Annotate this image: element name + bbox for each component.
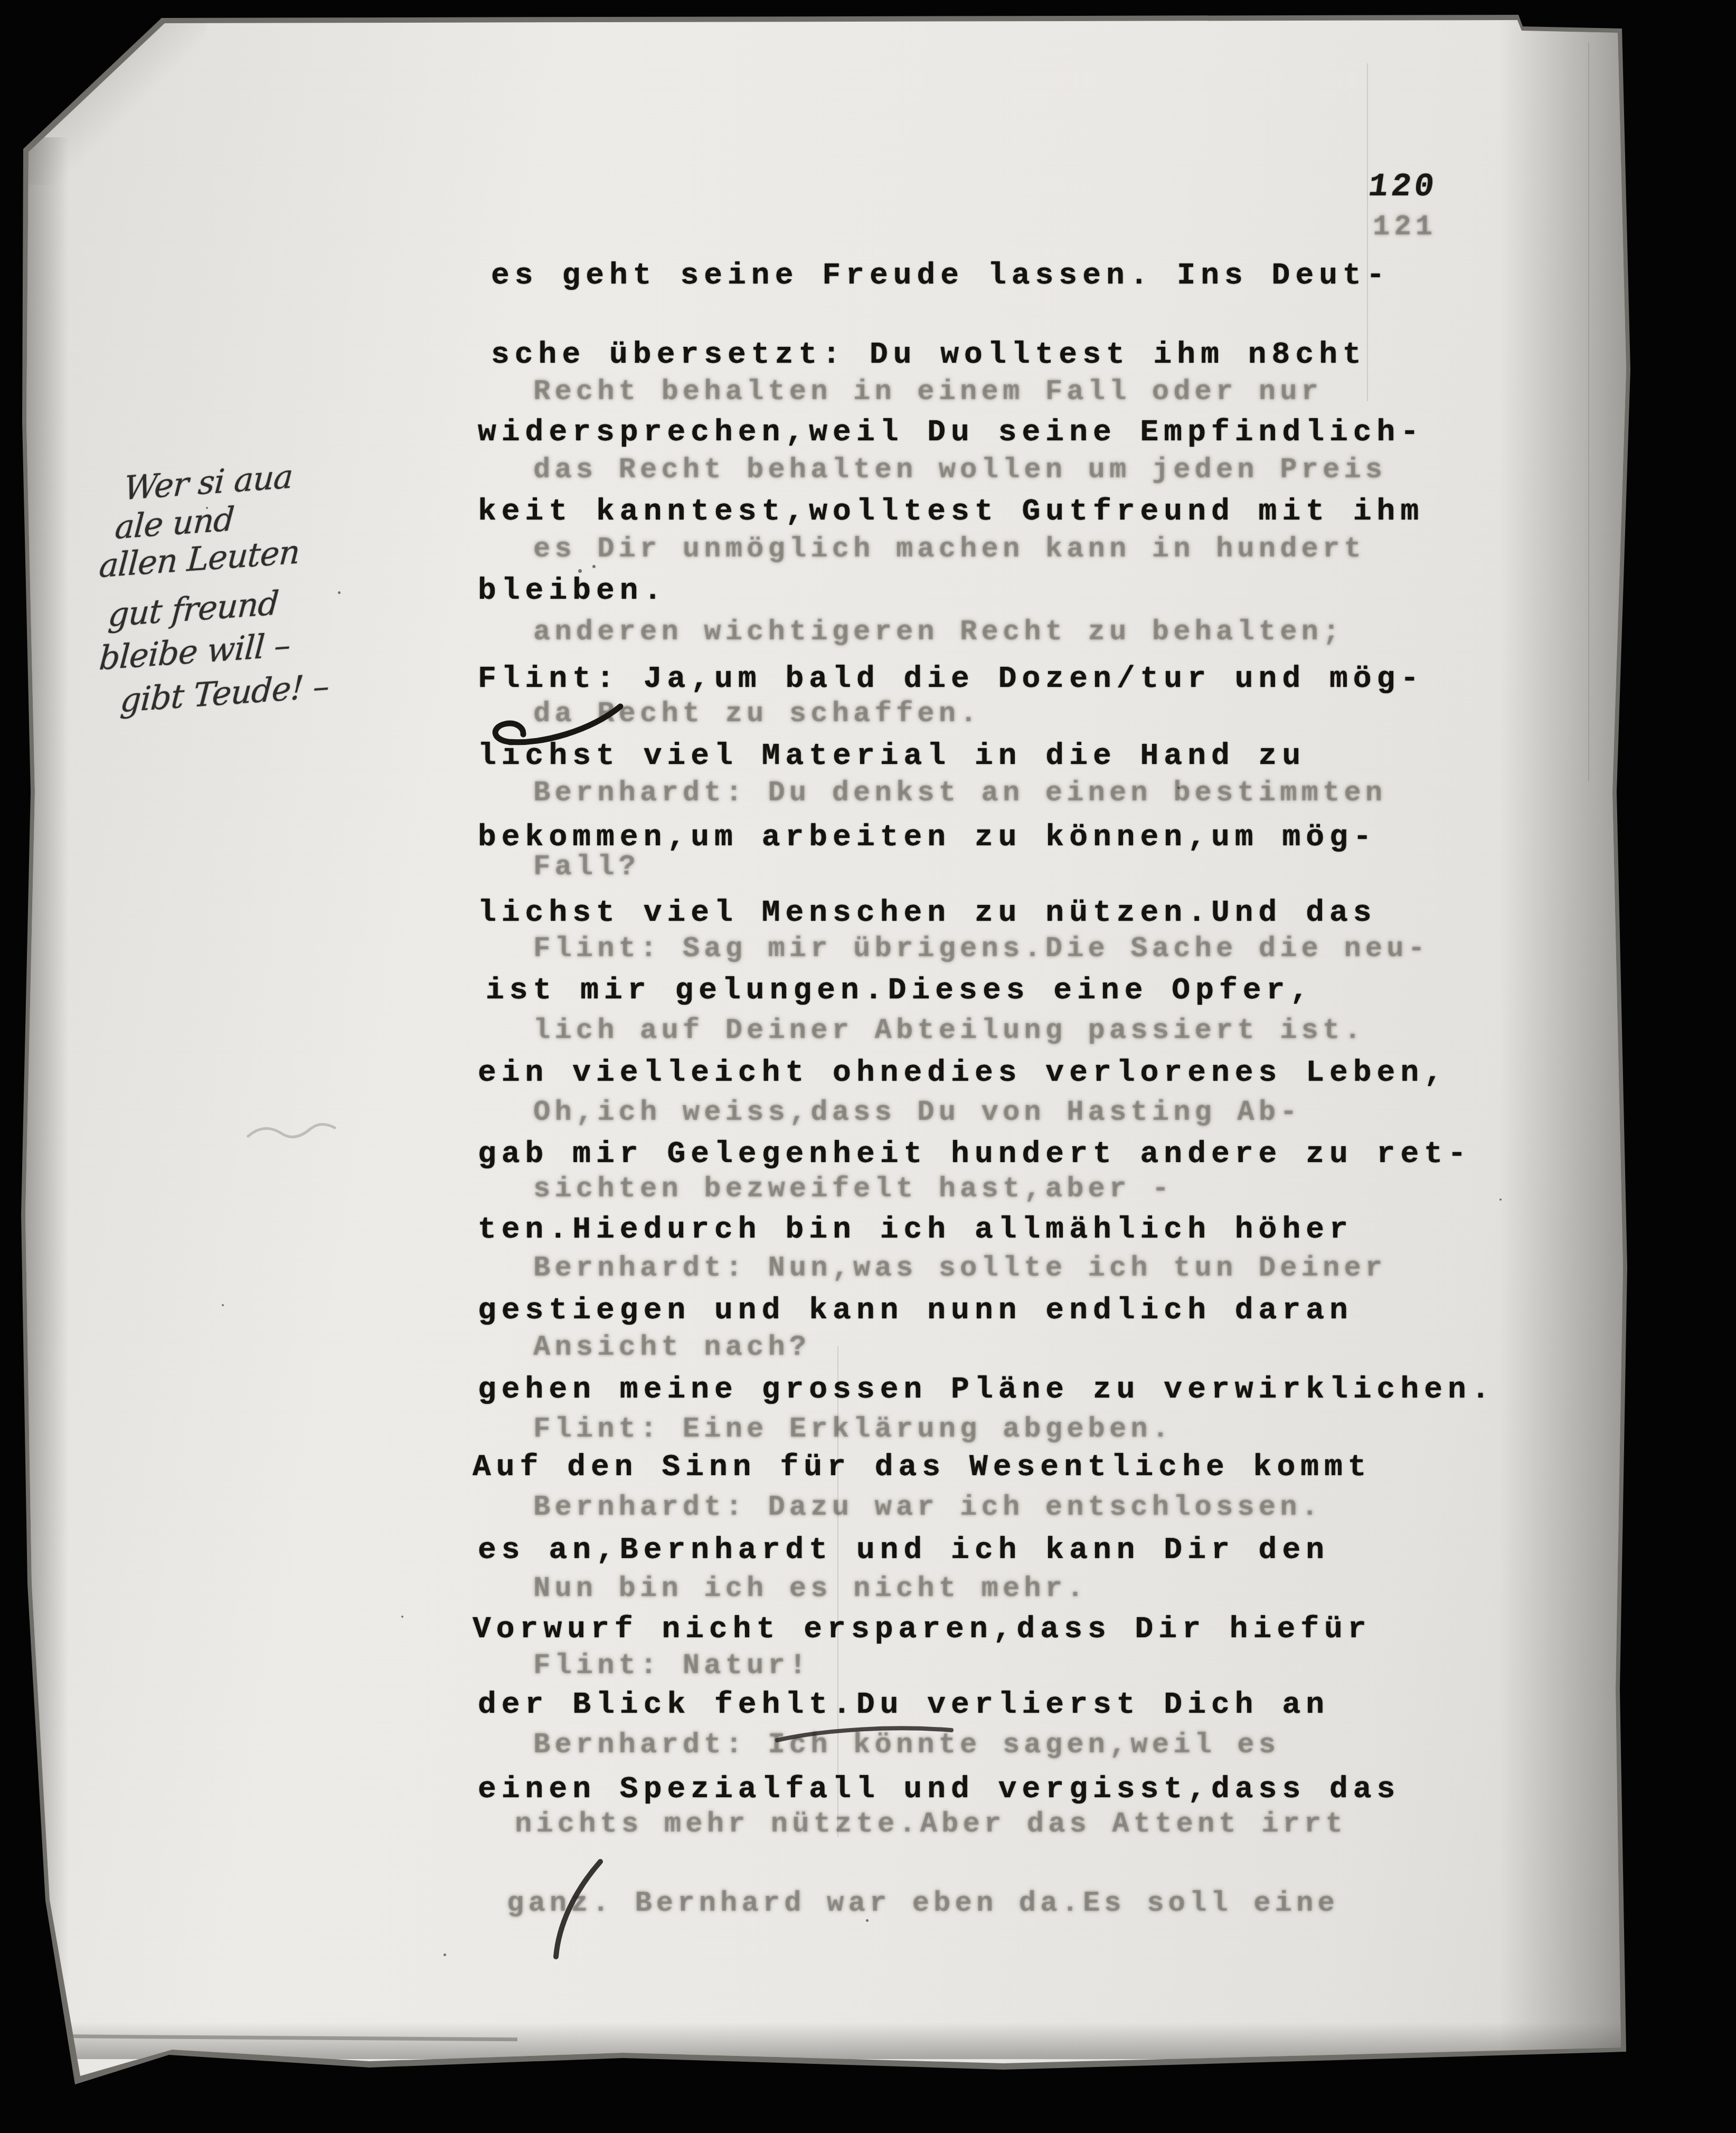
flint-underline-flourish [495,706,620,742]
margin-pencil-squiggle [248,1124,335,1137]
manuscript-page: 120 121Recht behalten in einem Fall oder… [0,0,1736,2133]
bottom-left-pen-stroke [556,1862,600,1957]
ink-marks-overlay [0,0,1736,2133]
photostat-scan: 120 121Recht behalten in einem Fall oder… [0,0,1736,2133]
verlierst-underline [777,1728,951,1740]
